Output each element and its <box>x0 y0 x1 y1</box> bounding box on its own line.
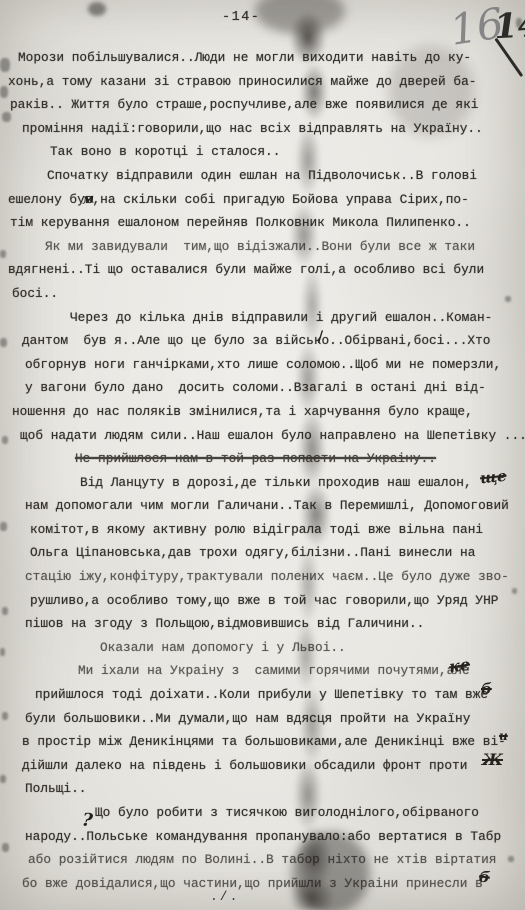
typed-line: або розійтися людям по Волині..В табор н… <box>0 848 525 872</box>
handwritten-scribble: и <box>499 729 508 743</box>
typed-line: раків.. Життя було страше,роспучливе,але… <box>0 93 525 117</box>
handwritten-scribble: ще <box>479 467 507 488</box>
page-number: -14- <box>222 10 260 25</box>
handwritten-overwrite-mark: м <box>81 191 95 207</box>
handwritten-scribble: Ж <box>482 750 503 769</box>
typed-line-crossed-out: Не прийшлося нам в той раз попасти на Ук… <box>0 447 525 471</box>
typed-line: обгорнув ноги ганчірками,хто лише соломо… <box>0 353 525 377</box>
typed-line: народу..Польське командування пропанувал… <box>0 825 525 849</box>
typed-line: у вагони було дано досить соломи..Взагал… <box>0 376 525 400</box>
crossed-out-text: Не прийшлося нам в той раз попасти на Ук… <box>75 451 436 466</box>
typed-line: Морози побільшувалися..Люди не могли вих… <box>0 46 525 70</box>
typed-line: Як ми завидували тим,що відізжали..Вони … <box>0 235 525 259</box>
smudge-blob <box>255 0 345 34</box>
typed-line: Що було робити з тисячкою виголоднілого,… <box>0 801 525 825</box>
typed-line: Ми іхали на Украіну з самими горячими по… <box>0 659 525 683</box>
typed-line: щоб надати людям сили..Наш ешалон було н… <box>0 424 525 448</box>
typed-line: Через до кілька днів відправили і другий… <box>0 306 525 330</box>
typed-line: Спочатку відправили один ешлан на Підвол… <box>0 164 525 188</box>
typed-line: Ольга Ціпановська,дав трохи одягу,білізн… <box>0 541 525 565</box>
typed-line: стацію іжу,конфітуру,трактували полених … <box>0 565 525 589</box>
ink-speck <box>88 2 106 16</box>
typed-line: були большовики..Ми думали,що нам вдясця… <box>0 707 525 731</box>
edge-speck <box>516 18 522 28</box>
typed-line: комітот,в якому активну ролю відіграла т… <box>0 518 525 542</box>
typed-line: бо вже довідалися,що частини,що прийшли … <box>0 872 525 896</box>
typed-line: в простір між Деникінцями та большовикам… <box>0 730 525 754</box>
typed-line: пішов на згоду з Польщою,відмовившись ві… <box>0 612 525 636</box>
typed-line: Від Ланцуту в дорозі,де тільки проходив … <box>0 471 525 495</box>
typed-line: дантом був я..Але що це було за військо.… <box>0 329 525 353</box>
handwritten-scribble: б <box>481 680 492 698</box>
typed-line: ешелону був,на скільки собі пригадую Бой… <box>0 188 525 212</box>
typed-line: нам допомогали чим могли Галичани..Так в… <box>0 494 525 518</box>
typed-line: хонь,а тому казани зі стравою приносилис… <box>0 70 525 94</box>
typed-line: рушливо,а особливо тому,що вже в той час… <box>0 589 525 613</box>
footer-mark: ./. <box>210 889 239 904</box>
scanned-document-page: -14- 16 14 Морози побільшувалися..Люди н… <box>0 0 525 910</box>
typed-line: дійшли далеко на південь і большовики об… <box>0 754 525 778</box>
handwritten-question-mark: ? <box>81 810 94 832</box>
typed-text-block: Морози побільшувалися..Люди не могли вих… <box>0 46 525 895</box>
handwritten-scribble: б <box>478 867 491 886</box>
typed-line: вдягнені..Ті що оставалися були майже го… <box>0 258 525 282</box>
typed-line: ношення до нас поляків змінилися,та і ха… <box>0 400 525 424</box>
typed-line: босі.. <box>0 282 525 306</box>
typed-line: проміння надії:говорили,що нас всіх відп… <box>0 117 525 141</box>
typed-line: Польщі.. <box>0 777 525 801</box>
typed-line: прийшлося тоді доіхати..Коли прибули у Ш… <box>0 683 525 707</box>
typed-line: тім керування ешалоном перейняв Полковни… <box>0 211 525 235</box>
handwritten-scribble: ке <box>448 655 471 677</box>
typed-line: Так воно в коротці і сталося.. <box>0 140 525 164</box>
typed-line: Оказали нам допомогу і у Львоі.. <box>0 636 525 660</box>
